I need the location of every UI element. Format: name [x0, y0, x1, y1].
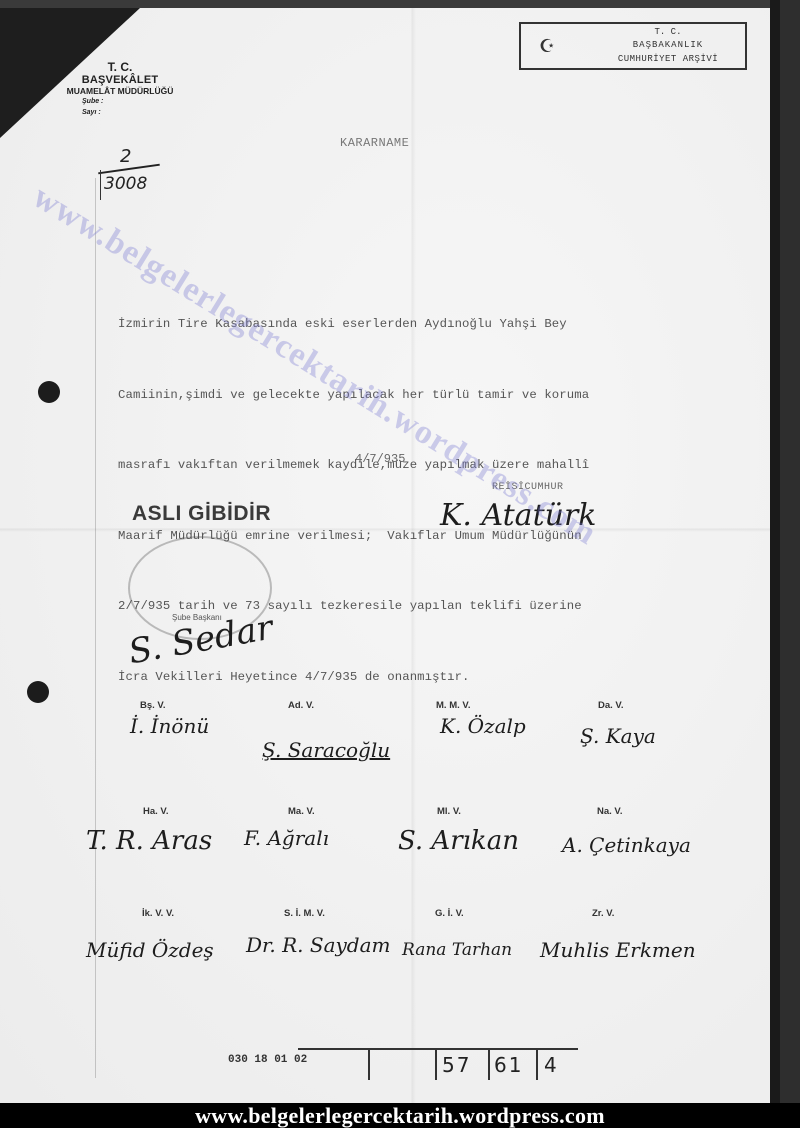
minister-signature: Rana Tarhan	[402, 940, 512, 960]
role-label: S. İ. M. V.	[284, 908, 325, 919]
certified-copy-stamp: ASLI GİBİDİR	[132, 502, 271, 526]
minister-signature: Ş. Saracoğlu	[262, 738, 390, 762]
archive-stamp: ☪ T. C. BAŞBAKANLIK CUMHURİYET ARŞİVİ	[519, 22, 747, 70]
document-title: KARARNAME	[340, 136, 409, 150]
minister-signature: K. Özalp	[440, 714, 526, 738]
punch-hole-icon	[38, 381, 60, 403]
role-label: Zr. V.	[592, 908, 614, 919]
role-label: M. M. V.	[436, 700, 471, 711]
footer-url-link[interactable]: www.belgelerlegercektarih.wordpress.com	[195, 1103, 605, 1128]
role-label: Ha. V.	[143, 806, 169, 817]
role-label: Da. V.	[598, 700, 624, 711]
role-label: Na. V.	[597, 806, 623, 817]
field-branch: Şube :	[82, 96, 200, 107]
minister-signature: İ. İnönü	[130, 714, 209, 738]
minister-signature: S. Arıkan	[398, 826, 519, 856]
role-label: Ml. V.	[437, 806, 461, 817]
fraction-vline	[100, 170, 101, 200]
archive-stamp-line2: BAŞBAKANLIK	[591, 40, 745, 50]
archive-stamp-line3: CUMHURİYET ARŞİVİ	[591, 54, 745, 64]
file-number-denominator: 3008	[104, 174, 147, 194]
minister-signature: A. Çetinkaya	[562, 833, 691, 857]
punch-hole-icon	[27, 681, 49, 703]
reference-separator	[488, 1050, 490, 1080]
role-label: G. İ. V.	[435, 908, 464, 919]
reference-separator	[368, 1050, 370, 1080]
role-label: Bş. V.	[140, 700, 166, 711]
body-line: İcra Vekilleri Heyetince 4/7/935 de onan…	[118, 666, 738, 690]
document-date: 4/7/935	[355, 452, 405, 466]
crescent-star-icon: ☪	[539, 36, 555, 57]
reference-handwritten: 61	[494, 1053, 523, 1077]
reference-separator	[435, 1050, 437, 1080]
scanned-document: T. C. BAŞVEKÂLET MUAMELÂT MÜDÜRLÜĞÜ Şube…	[0, 0, 800, 1103]
document-body: İzmirin Tire Kasabasında eski eserlerden…	[118, 266, 738, 736]
role-label: İk. V. V.	[142, 908, 174, 919]
letterhead-state: T. C.	[40, 60, 200, 74]
letterhead: T. C. BAŞVEKÂLET MUAMELÂT MÜDÜRLÜĞÜ Şube…	[40, 60, 200, 118]
footer-bar: www.belgelerlegercektarih.wordpress.com	[0, 1103, 800, 1128]
reference-separator	[536, 1050, 538, 1080]
file-number-numerator: 2	[120, 146, 131, 167]
minister-signature: Muhlis Erkmen	[540, 938, 696, 962]
reference-handwritten: 57	[442, 1053, 471, 1077]
paper-sheet: T. C. BAŞVEKÂLET MUAMELÂT MÜDÜRLÜĞÜ Şube…	[0, 8, 770, 1103]
minister-signature: Müfid Özdeş	[86, 938, 214, 962]
letterhead-department: MUAMELÂT MÜDÜRLÜĞÜ	[40, 86, 200, 96]
reference-code-printed: 030 18 01 02	[228, 1054, 307, 1066]
field-number: Sayı :	[82, 107, 200, 118]
minister-signature: F. Ağralı	[244, 826, 329, 850]
minister-signature: Dr. R. Saydam	[246, 933, 391, 957]
minister-signature: Ş. Kaya	[580, 724, 656, 748]
letterhead-office: BAŞVEKÂLET	[40, 74, 200, 86]
role-label: Ad. V.	[288, 700, 314, 711]
archive-stamp-line1: T. C.	[591, 27, 745, 37]
minister-signature: T. R. Aras	[86, 826, 212, 856]
reference-handwritten: 4	[544, 1053, 559, 1077]
scan-edge	[770, 0, 800, 1103]
body-line: Camiinin,şimdi ve gelecekte yapılacak he…	[118, 384, 738, 408]
role-label: Ma. V.	[288, 806, 315, 817]
